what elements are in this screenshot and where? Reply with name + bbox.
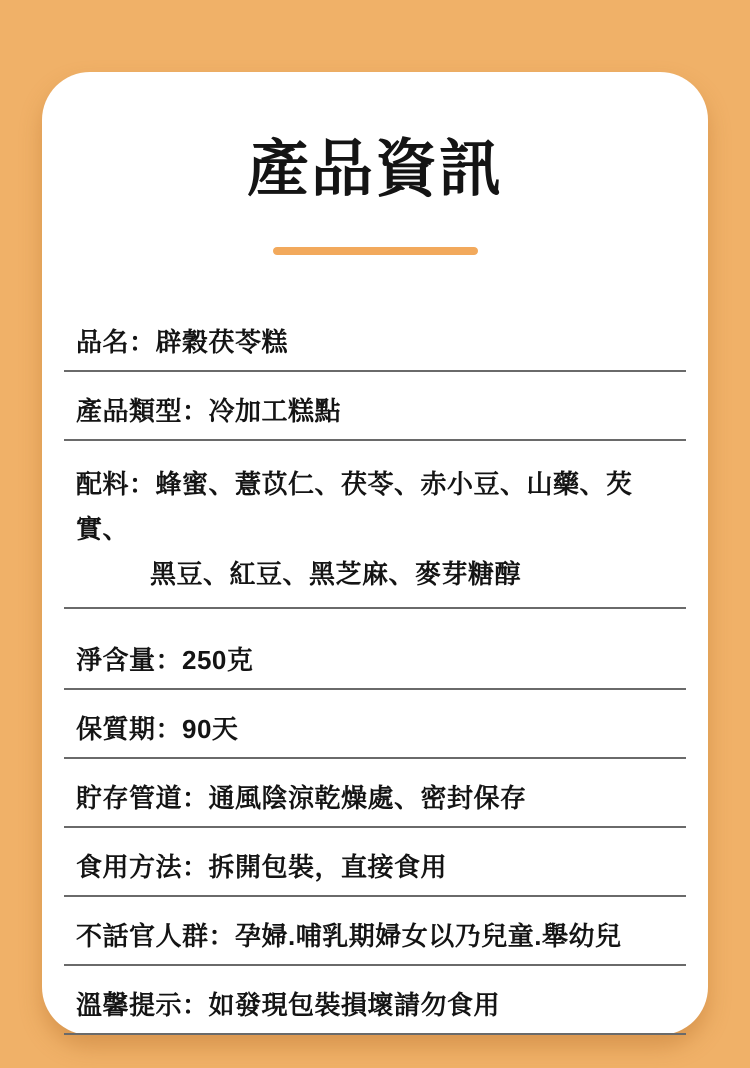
info-row-shelf-life: 保質期：90天 [64, 690, 686, 759]
info-row-product-name: 品名：辟穀茯苓糕 [64, 303, 686, 372]
row-value: 孕婦.哺乳期婦女以乃兒童.舉幼兒 [235, 921, 621, 951]
row-label: 淨含量： [76, 645, 182, 675]
info-row-usage: 食用方法：拆開包裝，直接食用 [64, 828, 686, 897]
page-background: 產品資訊 品名：辟穀茯苓糕 產品類型：冷加工糕點 配料：蜂蜜、薏苡仁、茯苓、赤小… [0, 0, 750, 1068]
row-text: 不話官人群：孕婦.哺乳期婦女以乃兒童.舉幼兒 [76, 918, 674, 954]
info-row-storage: 貯存管道：通風陰涼乾燥處、密封保存 [64, 759, 686, 828]
row-text: 溫馨提示：如發現包裝損壞請勿食用 [76, 987, 674, 1023]
row-label: 配料： [76, 469, 156, 499]
row-label: 不話官人群： [76, 921, 235, 951]
row-value: 通風陰涼乾燥處、密封保存 [209, 783, 527, 813]
info-row-ingredients: 配料：蜂蜜、薏苡仁、茯苓、赤小豆、山藥、芡實、 黑豆、紅豆、黑芝麻、麥芽糖醇 [64, 441, 686, 609]
row-label: 溫馨提示： [76, 990, 209, 1020]
row-text: 品名：辟穀茯苓糕 [76, 324, 674, 360]
row-text: 淨含量：250克 [76, 642, 674, 678]
row-text: 配料：蜂蜜、薏苡仁、茯苓、赤小豆、山藥、芡實、 [76, 462, 674, 552]
row-text-line2: 黑豆、紅豆、黑芝麻、麥芽糖醇 [150, 552, 674, 597]
row-label: 保質期： [76, 714, 182, 744]
row-value: 辟穀茯苓糕 [156, 327, 289, 357]
row-label: 食用方法： [76, 852, 209, 882]
row-value: 90天 [182, 714, 238, 744]
info-row-product-type: 產品類型：冷加工糕點 [64, 372, 686, 441]
row-text: 保質期：90天 [76, 711, 674, 747]
row-text: 食用方法：拆開包裝，直接食用 [76, 849, 674, 885]
row-value: 拆開包裝，直接食用 [209, 852, 448, 882]
row-text: 貯存管道：通風陰涼乾燥處、密封保存 [76, 780, 674, 816]
info-list: 品名：辟穀茯苓糕 產品類型：冷加工糕點 配料：蜂蜜、薏苡仁、茯苓、赤小豆、山藥、… [64, 303, 686, 1035]
row-value: 冷加工糕點 [209, 396, 342, 426]
row-value: 蜂蜜、薏苡仁、茯苓、赤小豆、山藥、芡實、 [76, 469, 633, 544]
row-label: 貯存管道： [76, 783, 209, 813]
info-row-warm-tips: 溫馨提示：如發現包裝損壞請勿食用 [64, 966, 686, 1035]
info-row-net-weight: 淨含量：250克 [64, 609, 686, 690]
title-underline-bar [273, 247, 478, 255]
page-title: 產品資訊 [64, 130, 686, 211]
row-value: 如發現包裝損壞請勿食用 [209, 990, 501, 1020]
row-value: 250克 [182, 645, 253, 675]
product-info-card: 產品資訊 品名：辟穀茯苓糕 產品類型：冷加工糕點 配料：蜂蜜、薏苡仁、茯苓、赤小… [42, 72, 708, 1035]
row-label: 品名： [76, 327, 156, 357]
row-label: 產品類型： [76, 396, 209, 426]
row-text: 產品類型：冷加工糕點 [76, 393, 674, 429]
info-row-unsuitable-groups: 不話官人群：孕婦.哺乳期婦女以乃兒童.舉幼兒 [64, 897, 686, 966]
